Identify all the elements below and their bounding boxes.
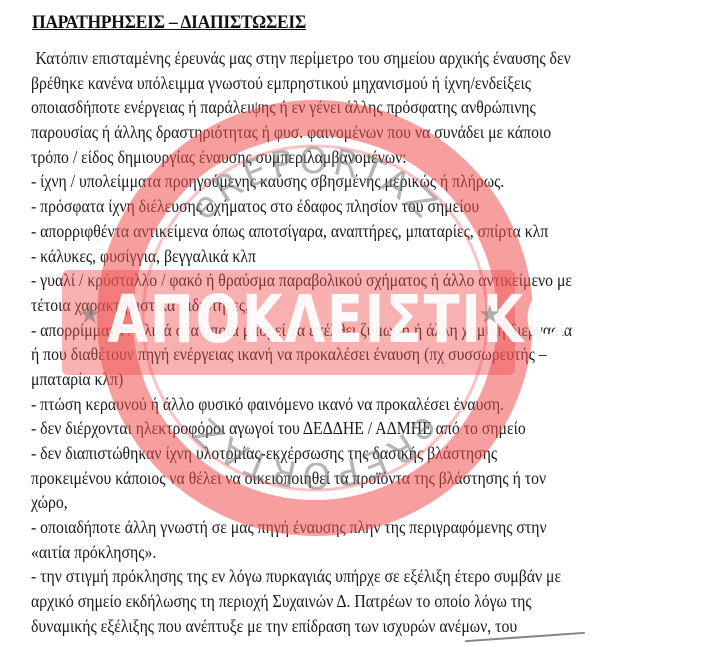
- text-line: - δεν διαπιστώθηκαν ίχνη υλοτομίας-εκχέρ…: [31, 441, 643, 466]
- text-line: - πτώση κεραυνού ή άλλο φυσικό φαινόμενο…: [31, 392, 643, 417]
- text-line: παρουσίας ή άλλης δραστηριότητας ή φυσ. …: [31, 120, 643, 145]
- text-line: οποιασδήποτε ενέργειας ή παράλειψης ή εν…: [31, 95, 643, 120]
- document-page: ΠΑΡΑΤΗΡΗΣΕΙΣ – ΔΙΑΠΙΣΤΩΣΕΙΣ Κατόπιν επισ…: [0, 0, 713, 647]
- star-icon: ★: [78, 300, 101, 330]
- text-line: τρόπο / είδος δημιουργίας έναυσης συμπερ…: [31, 145, 643, 170]
- text-line: βρέθηκε κανένα υπόλειμμα γνωστού εμπρηστ…: [31, 71, 643, 96]
- text-line: Κατόπιν επισταμένης έρευνάς μας στην περ…: [31, 46, 643, 71]
- watermark-band-text: ΑΠΟΚΛΕΙΣΤΙΚΟ: [107, 278, 469, 362]
- text-line: - την στιγμή πρόκλησης της εν λόγω πυρκα…: [31, 564, 643, 589]
- text-line: χώρο,: [31, 490, 643, 515]
- text-line: - δεν διέρχονται ηλεκτροφόροι αγωγοί του…: [31, 416, 643, 441]
- document-title: ΠΑΡΑΤΗΡΗΣΕΙΣ – ΔΙΑΠΙΣΤΩΣΕΙΣ: [32, 12, 306, 34]
- text-line: «αιτία πρόκλησης».: [31, 540, 643, 565]
- text-line: - απορριφθέντα αντικείμενα όπως αποτσίγα…: [31, 219, 643, 244]
- text-line: προκειμένου κάποιος να θέλει να οικειοπο…: [31, 466, 643, 491]
- text-line: - ίχνη / υπολείμματα προηγούμενης καύσης…: [31, 169, 643, 194]
- text-line: - κάλυκες, φυσίγγια, βεγγαλικά κλπ: [31, 244, 643, 269]
- text-line: - οποιαδήποτε άλλη γνωστή σε μας πηγή έν…: [31, 515, 643, 540]
- star-icon: ★: [478, 300, 501, 330]
- text-line: αρχικό σημείο εκδήλωσης τη περιοχή Συχαι…: [31, 589, 643, 614]
- text-line: - πρόσφατα ίχνη διέλευσης οχήματος στο έ…: [31, 194, 643, 219]
